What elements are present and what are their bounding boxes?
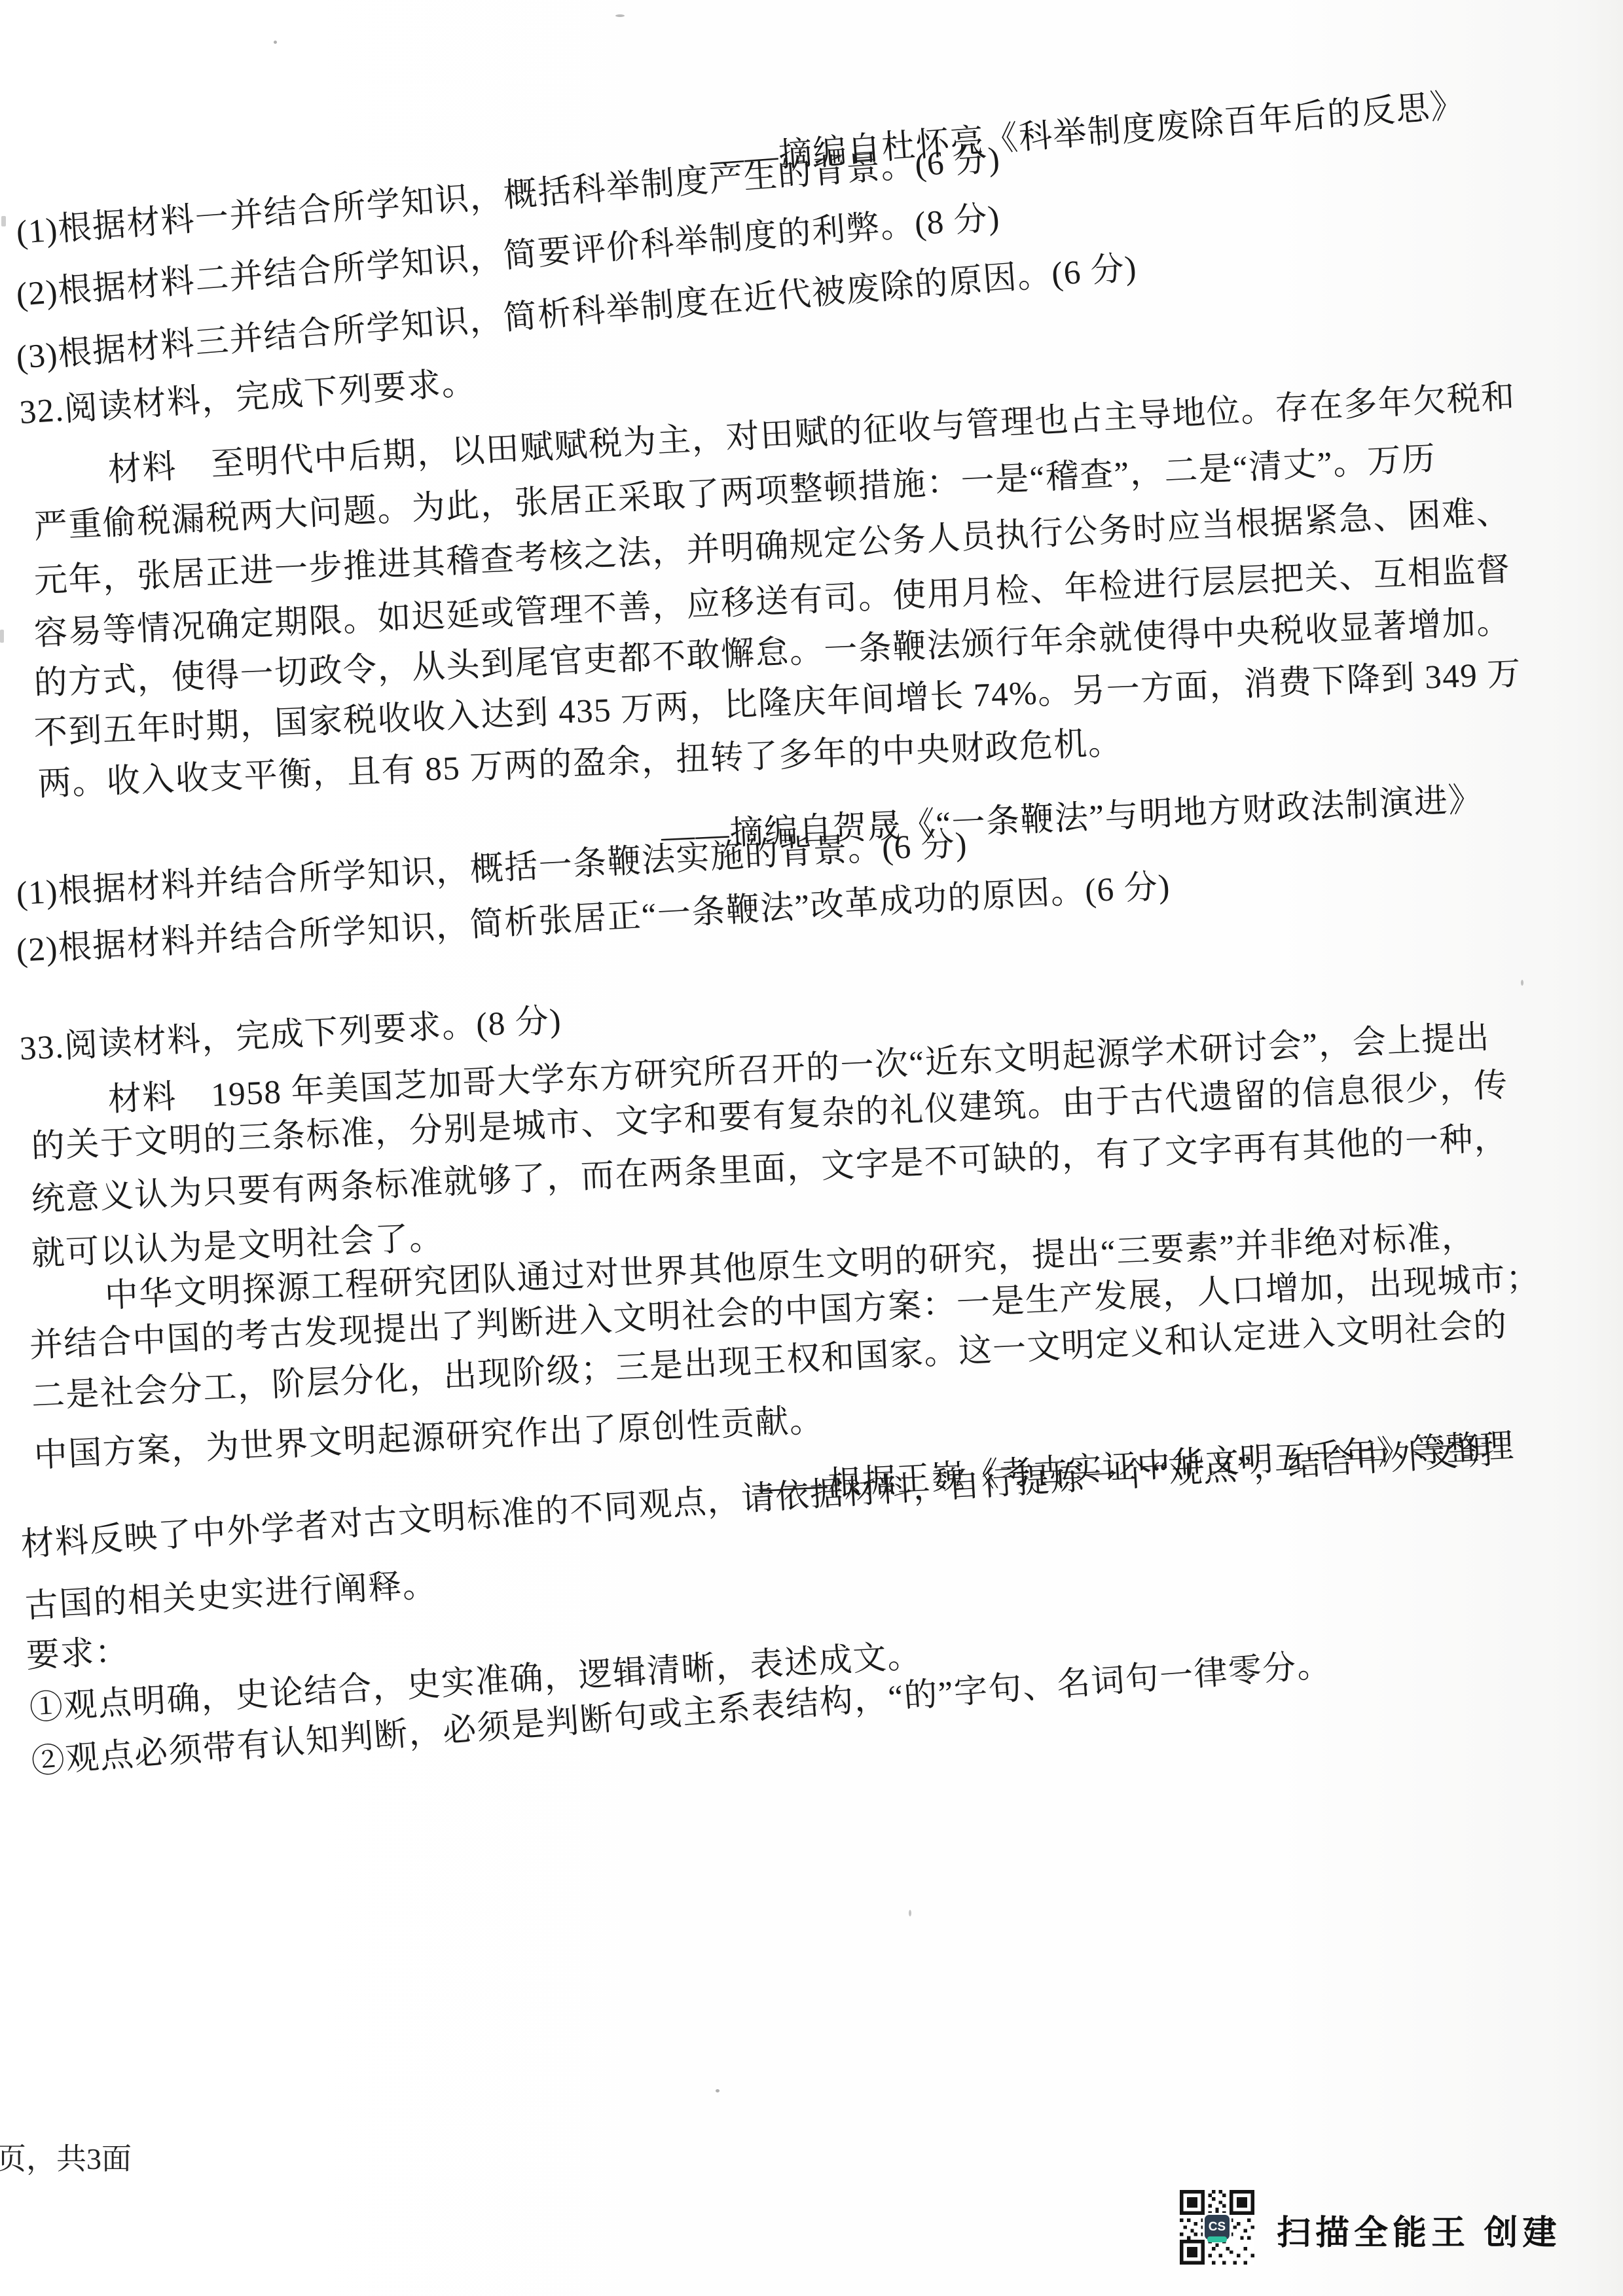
scanner-note: 扫描全能王 创建 — [1277, 2201, 1561, 2254]
scanned-exam-page: ——摘编自杜怀亮《科举制度废除百年后的反思》 (1)根据材料一并结合所学知识，概… — [0, 0, 1623, 2296]
qr-code: CS — [1180, 2190, 1254, 2265]
scanner-brand-row: CS 扫描全能王 创建 — [1180, 2190, 1561, 2265]
page-number-footer: 页，共3面 — [0, 2135, 132, 2178]
scan-edge-mark — [0, 630, 4, 643]
scan-speck — [716, 2089, 720, 2092]
q32-heading: 32.阅读材料，完成下列要求。 — [18, 363, 477, 433]
scan-speck — [274, 41, 277, 44]
camscanner-logo: CS — [1205, 2215, 1230, 2240]
q33-heading: 33.阅读材料，完成下列要求。(8 分) — [18, 1001, 562, 1069]
scan-speck — [909, 1910, 911, 1916]
scan-edge-mark — [1, 216, 6, 226]
scan-speck — [1521, 980, 1523, 986]
q33-requirements-label: 要求： — [26, 1632, 130, 1677]
q33-task-line: 古国的相关史实进行阐释。 — [24, 1565, 437, 1627]
scan-speck — [1008, 1044, 1012, 1048]
scan-speck — [615, 14, 625, 17]
